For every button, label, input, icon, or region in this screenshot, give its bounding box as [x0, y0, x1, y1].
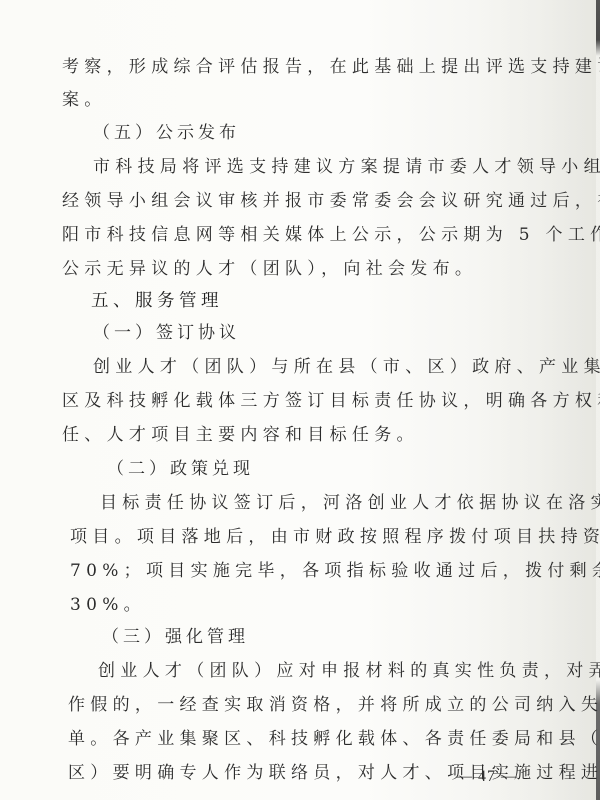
paragraph-line: 考察，形成综合评估报告，在此基础上提出评选支持建议方	[62, 56, 600, 78]
paragraph-line: 公示无异议的人才（团队），向社会发布。	[62, 258, 477, 280]
section-subheading: （三）强化管理	[102, 626, 249, 648]
page-number: — 47 —	[456, 768, 518, 786]
paragraph-line: 30%。	[70, 594, 146, 616]
paragraph-line: 任、人才项目主要内容和目标任务。	[62, 424, 419, 446]
section-subheading: （二）政策兑现	[107, 458, 254, 480]
paragraph-line: 区）要明确专人作为联络员，对人才、项目实施过程进行全	[68, 762, 600, 784]
paragraph-line: 案。	[62, 89, 107, 111]
paragraph-line: 项目。项目落地后，由市财政按照程序拨付项目扶持资金的	[70, 526, 600, 548]
paragraph-line: 区及科技孵化载体三方签订目标责任协议，明确各方权利责	[62, 390, 600, 412]
paragraph-line: 作假的，一经查实取消资格，并将所成立的公司纳入失信名	[68, 694, 600, 716]
section-subheading: （五）公示发布	[93, 122, 240, 144]
section-heading: 五、服务管理	[91, 290, 223, 312]
paragraph-line: 市科技局将评选支持建议方案提请市委人才领导小组，	[93, 156, 600, 178]
paragraph-line: 70%；项目实施完毕，各项指标验收通过后，拨付剩余的	[70, 560, 600, 582]
paragraph-line: 阳市科技信息网等相关媒体上公示，公示期为 5 个工作日。	[62, 224, 600, 246]
section-subheading: （一）签订协议	[93, 322, 240, 344]
paragraph-line: 创业人才（团队）应对申报材料的真实性负责，对弄虚	[98, 660, 600, 682]
paragraph-line: 经领导小组会议审核并报市委常委会会议研究通过后，在洛	[62, 190, 600, 212]
paragraph-line: 创业人才（团队）与所在县（市、区）政府、产业集聚	[93, 356, 600, 378]
paragraph-line: 目标责任协议签订后，河洛创业人才依据协议在洛实施	[100, 492, 600, 514]
paragraph-line: 单。各产业集聚区、科技孵化载体、各责任委局和县（市、	[68, 728, 600, 750]
